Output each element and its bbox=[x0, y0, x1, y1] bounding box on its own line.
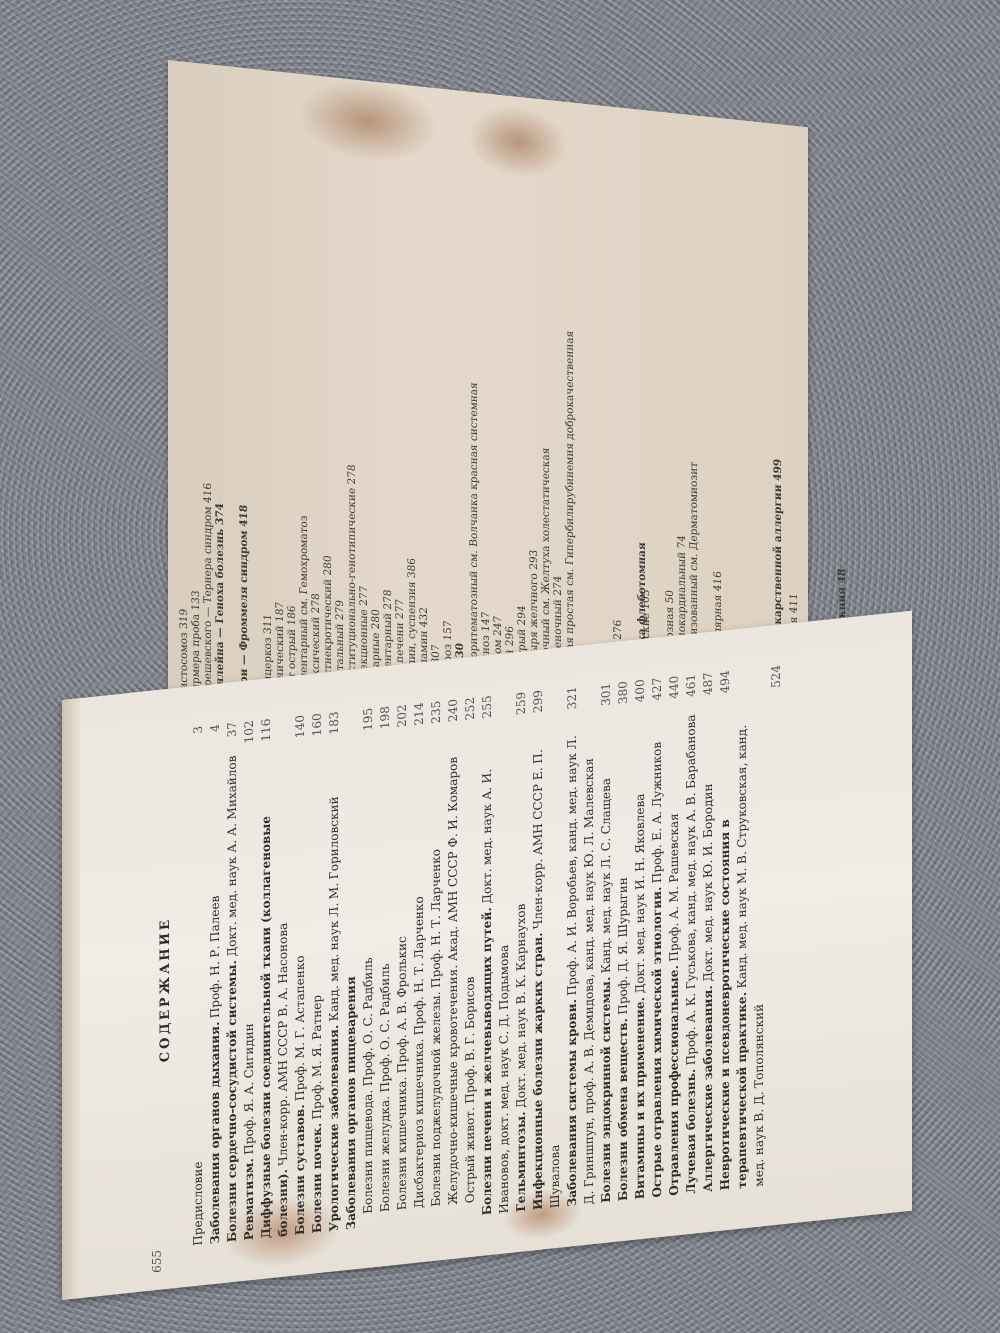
index-entry: Шерешевского — Тернера синдром 416 bbox=[202, 144, 214, 705]
toc-entry-title: Болезни поджелудочной железы. bbox=[429, 991, 443, 1207]
toc-page-number: 3 bbox=[190, 725, 207, 744]
toc-page-number: 198 bbox=[377, 705, 394, 740]
toc-group-heading: Заболевания органов пищеварения bbox=[343, 709, 360, 1231]
index-entry: Хостеда синдром 247 bbox=[492, 174, 504, 735]
index-column-1: Шистосомоз 319 Ширмера проба 133 Шерешев… bbox=[178, 141, 466, 731]
index-entry: Целиакия 230 bbox=[454, 170, 466, 731]
toc-entry-title: Лучевая болезнь. bbox=[684, 1068, 698, 1194]
toc-page-number: 116 bbox=[258, 716, 292, 752]
index-entry: Шистосомоз 319 bbox=[178, 141, 190, 702]
index-entry: Цирроз(ы) печени 277 bbox=[394, 164, 406, 725]
toc-entry-authors: Докт. мед. наук А. А. Михайлов bbox=[225, 755, 239, 957]
index-entry: — — токсический 278 bbox=[310, 155, 322, 716]
toc-entry-authors: Проф. О. С. Радбиль bbox=[361, 957, 375, 1087]
toc-entry-authors: Проф. Н. Т. Ларченко bbox=[412, 896, 426, 1036]
toc-entry-title: Болезни сердечно-сосудистой системы. bbox=[225, 960, 239, 1243]
toc-entry: Болезни суставов. Проф. М. Г. Астапенко … bbox=[292, 714, 309, 1236]
index-entry: — хронический 187 bbox=[274, 151, 286, 712]
toc-entry: Болезни пищевода. Проф. О. С. Радбиль 19… bbox=[360, 707, 377, 1229]
toc-entry-title: Отравления профессиональные. bbox=[667, 965, 681, 1197]
index-entry: Цервикоартроз 157 bbox=[442, 169, 454, 730]
toc-page-number: 299 bbox=[530, 687, 564, 723]
toc-entry: Болезни сердечно-сосудистой системы. Док… bbox=[224, 721, 241, 1243]
toc-entry-authors: Акад. АМН СССР Ф. И. Комаров bbox=[446, 756, 460, 962]
index-entry: — — конституционально-генотипические 278 bbox=[346, 159, 358, 720]
toc-entry-authors: Канд. мед. наук Л. С. Слащева bbox=[599, 777, 613, 974]
toc-entry-authors: Проф. Е. А. Лужников bbox=[650, 741, 664, 884]
toc-page-number: 202 bbox=[394, 703, 411, 738]
toc-entry-title: Болезни желудка. bbox=[378, 1096, 392, 1213]
toc-entry-title: Острые отравления химической этиологии. bbox=[650, 886, 664, 1198]
toc-entry-authors: Проф. Н. Р. Палеев bbox=[208, 895, 222, 1019]
toc-page-number: 524 bbox=[768, 664, 785, 699]
contents-page: СОДЕРЖАНИЕ Предисловие 3 Заболевания орг… bbox=[62, 611, 912, 1300]
index-entry: Шенлейна — Геноха болезнь 374 bbox=[214, 145, 226, 706]
toc-entry: Урологические заболевания. Канд. мед. на… bbox=[326, 710, 343, 1232]
toc-entry: Витамины и их применение. Докт. мед. нау… bbox=[632, 678, 649, 1200]
toc-entry: 524 bbox=[768, 664, 785, 1186]
toc-entry: Острые отравления химической этиологии. … bbox=[649, 677, 666, 1199]
toc-page-number: 380 bbox=[615, 680, 632, 715]
toc-entry-authors: Докт. мед. наук В. К. Карнаухов bbox=[514, 903, 528, 1109]
toc-entry-authors: Проф. М. Г. Астапенко bbox=[293, 955, 307, 1102]
index-entry: Цистит острый 186 bbox=[286, 152, 298, 713]
toc-page-number: 321 bbox=[564, 684, 598, 720]
toc-entry-title: Желудочно-кишечные кровотечения. bbox=[446, 964, 460, 1205]
index-entry: Хроносепсис эритематозный см. Волчанка к… bbox=[468, 172, 480, 733]
toc-entry-title: Болезни суставов. bbox=[293, 1104, 307, 1236]
index-entry: — — билиарные 280 bbox=[370, 161, 382, 722]
toc-page-number: 183 bbox=[326, 710, 343, 745]
index-entry: — — портальный 279 bbox=[334, 157, 346, 718]
index-entry: — — постнекротический 280 bbox=[322, 156, 334, 717]
toc-entry: Болезни эндокринной системы. Канд. мед. … bbox=[598, 682, 615, 1204]
toc-entry-title: Гельминтозы. bbox=[514, 1111, 528, 1212]
index-entry: Цестодозы 307 bbox=[430, 168, 442, 729]
toc-entry-title: Дисбактериоз кишечника. bbox=[412, 1038, 426, 1209]
toc-entry: Желудочно-кишечные кровотечения. Акад. А… bbox=[445, 698, 462, 1220]
toc-entry-title: Заболевания органов дыхания. bbox=[208, 1021, 222, 1244]
toc-entry-title: Ревматизм. bbox=[242, 1158, 256, 1241]
toc-entry: Болезни желудка. Проф. О. С. Радбиль 198 bbox=[377, 705, 394, 1227]
toc-entry: Болезни обмена веществ. Проф. Д. Я. Шуры… bbox=[615, 680, 632, 1202]
toc-entry-title: Болезни пищевода. bbox=[361, 1089, 375, 1214]
toc-entry-title: Инфекционные болезни жарких стран. bbox=[531, 932, 545, 1211]
toc-entry: Гельминтозы. Докт. мед. наук В. К. Карна… bbox=[513, 691, 530, 1213]
toc-entry-authors: Проф. М. Я. Ратнер bbox=[310, 994, 324, 1120]
toc-page-number: 255 bbox=[479, 693, 513, 729]
page-folio-number: 655 bbox=[150, 1250, 164, 1273]
water-stain bbox=[298, 74, 438, 169]
toc-page-number: 259 bbox=[513, 691, 530, 726]
toc-entry-title: Острый живот. bbox=[463, 1107, 477, 1204]
index-entry: Цинк-инсулин, суспензия 386 bbox=[406, 165, 418, 726]
toc-entry-authors: Проф. О. С. Радбиль bbox=[378, 963, 392, 1093]
index-entry: — — инфекционные 277 bbox=[358, 160, 370, 721]
toc-entry: Болезни печени и желчевыводящих путей. Д… bbox=[479, 693, 513, 1217]
toc-entry-title: Аллергические заболевания. bbox=[701, 985, 715, 1193]
toc-page-number: 494 bbox=[717, 666, 768, 704]
toc-entry: Острый живот. Проф. В. Г. Борисов 252 bbox=[462, 696, 479, 1218]
toc-entry-authors: Член-корр. АМН СССР В. А. Насонова bbox=[276, 922, 290, 1166]
toc-entry: Аллергические заболевания. Докт. мед. на… bbox=[700, 671, 717, 1193]
toc-page-number: 427 bbox=[649, 677, 666, 712]
toc-entry: Заболевания органов дыхания. Проф. Н. Р.… bbox=[207, 723, 224, 1245]
toc-entry-title: Болезни эндокринной системы. bbox=[599, 976, 613, 1203]
toc-entry: Заболевания системы крови. Проф. А. И. В… bbox=[564, 684, 598, 1208]
toc-entry: Дисбактериоз кишечника. Проф. Н. Т. Ларч… bbox=[411, 702, 428, 1224]
toc-entry-authors: Проф. Я. А. Сигидин bbox=[242, 1023, 256, 1156]
index-entry: Хондрокальциноз 147 bbox=[480, 173, 492, 734]
index-entry: — пигментарный см. Гемохроматоз bbox=[298, 154, 310, 715]
toc-page-number: 102 bbox=[241, 719, 258, 754]
index-entry: Цианокобаламин 432 bbox=[418, 166, 430, 727]
toc-entry-title: Болезни почек. bbox=[310, 1123, 324, 1234]
toc-page-number: 195 bbox=[360, 707, 377, 742]
toc-entry-title: Витамины и их применение. bbox=[633, 997, 647, 1200]
page-edge bbox=[62, 698, 80, 1300]
toc-entry-title: Заболевания органов пищеварения bbox=[344, 976, 358, 1231]
toc-entry-authors: Проф. А. В. Фролькис bbox=[395, 936, 409, 1074]
toc-entry-authors: Докт. мед. наук Ю. И. Бородин bbox=[701, 783, 715, 983]
toc-entry-title: Болезни печени и желчевыводящих путей. bbox=[480, 907, 494, 1216]
toc-entry: Ревматизм. Проф. Я. А. Сигидин 102 bbox=[241, 719, 258, 1241]
toc-entry-authors: Проф. В. Г. Борисов bbox=[463, 976, 477, 1104]
index-entry: Ширмера проба 133 bbox=[190, 142, 202, 703]
toc-entry: Инфекционные болезни жарких стран. Член-… bbox=[530, 687, 564, 1211]
toc-page-number: 140 bbox=[292, 714, 309, 749]
toc-page-number: 160 bbox=[309, 712, 326, 747]
toc-entry: Отравления профессиональные. Проф. А. М.… bbox=[666, 675, 683, 1197]
toc-page-number: 240 bbox=[445, 698, 462, 733]
toc-entry-title: Предисловие bbox=[191, 1161, 205, 1247]
table-of-contents: СОДЕРЖАНИЕ Предисловие 3 Заболевания орг… bbox=[157, 664, 785, 1250]
toc-entry: Невротические и псевдоневротические сост… bbox=[717, 666, 768, 1191]
toc-entry: Болезни кишечника. Проф. А. В. Фролькис … bbox=[394, 703, 411, 1225]
toc-entry-authors: Проф. Д. Я. Шурыгин bbox=[616, 877, 630, 1016]
toc-entry: Болезни поджелудочной железы. Проф. Н. Т… bbox=[428, 700, 445, 1222]
toc-entry: Предисловие 3 bbox=[190, 725, 207, 1247]
water-stain bbox=[468, 102, 568, 183]
toc-page-number: 37 bbox=[224, 721, 241, 748]
index-entry: — — алиментарный 278 bbox=[382, 162, 394, 723]
toc-entry: Болезни почек. Проф. М. Я. Ратнер 160 bbox=[309, 712, 326, 1234]
toc-page-number: 235 bbox=[428, 700, 445, 735]
toc-entry-authors: Канд. мед. наук Л. М. Гориловский bbox=[327, 796, 341, 1022]
toc-entry: Лучевая болезнь. Проф. А. К. Гуськова, к… bbox=[683, 673, 700, 1195]
toc-entry-title: Урологические заболевания. bbox=[327, 1024, 341, 1232]
toc-entry-authors: Проф. А. К. Гуськова, канд. мед. наук А.… bbox=[684, 714, 698, 1066]
toc-entry-title: Болезни кишечника. bbox=[395, 1076, 409, 1211]
toc-entry: Диффузные болезни соединительной ткани (… bbox=[258, 716, 292, 1240]
toc-page-number: 400 bbox=[632, 678, 649, 713]
toc-page-number: 252 bbox=[462, 696, 479, 731]
index-entry: Чиари — Фроммеля синдром 418 bbox=[238, 147, 250, 708]
toc-page-number: 301 bbox=[598, 682, 615, 717]
toc-entry-title: Заболевания системы крови. bbox=[565, 999, 579, 1208]
toc-page-number: 487 bbox=[700, 671, 717, 706]
toc-entry-title: Болезни обмена веществ. bbox=[616, 1018, 630, 1202]
toc-page-number: 4 bbox=[207, 723, 224, 742]
toc-entry-authors: Проф. Н. Т. Ларченко bbox=[429, 848, 443, 988]
contents-title: СОДЕРЖАНИЕ bbox=[157, 728, 174, 1250]
toc-page-number: 214 bbox=[411, 702, 428, 737]
index-entry: Цистицеркоз 311 bbox=[262, 150, 274, 711]
toc-page-number: 461 bbox=[683, 673, 700, 708]
toc-entry-authors: Докт. мед. наук И. Н. Яковлева bbox=[633, 793, 647, 994]
toc-entry-authors: Проф. А. М. Рашевская bbox=[667, 813, 681, 963]
toc-page-number: 440 bbox=[666, 675, 683, 710]
